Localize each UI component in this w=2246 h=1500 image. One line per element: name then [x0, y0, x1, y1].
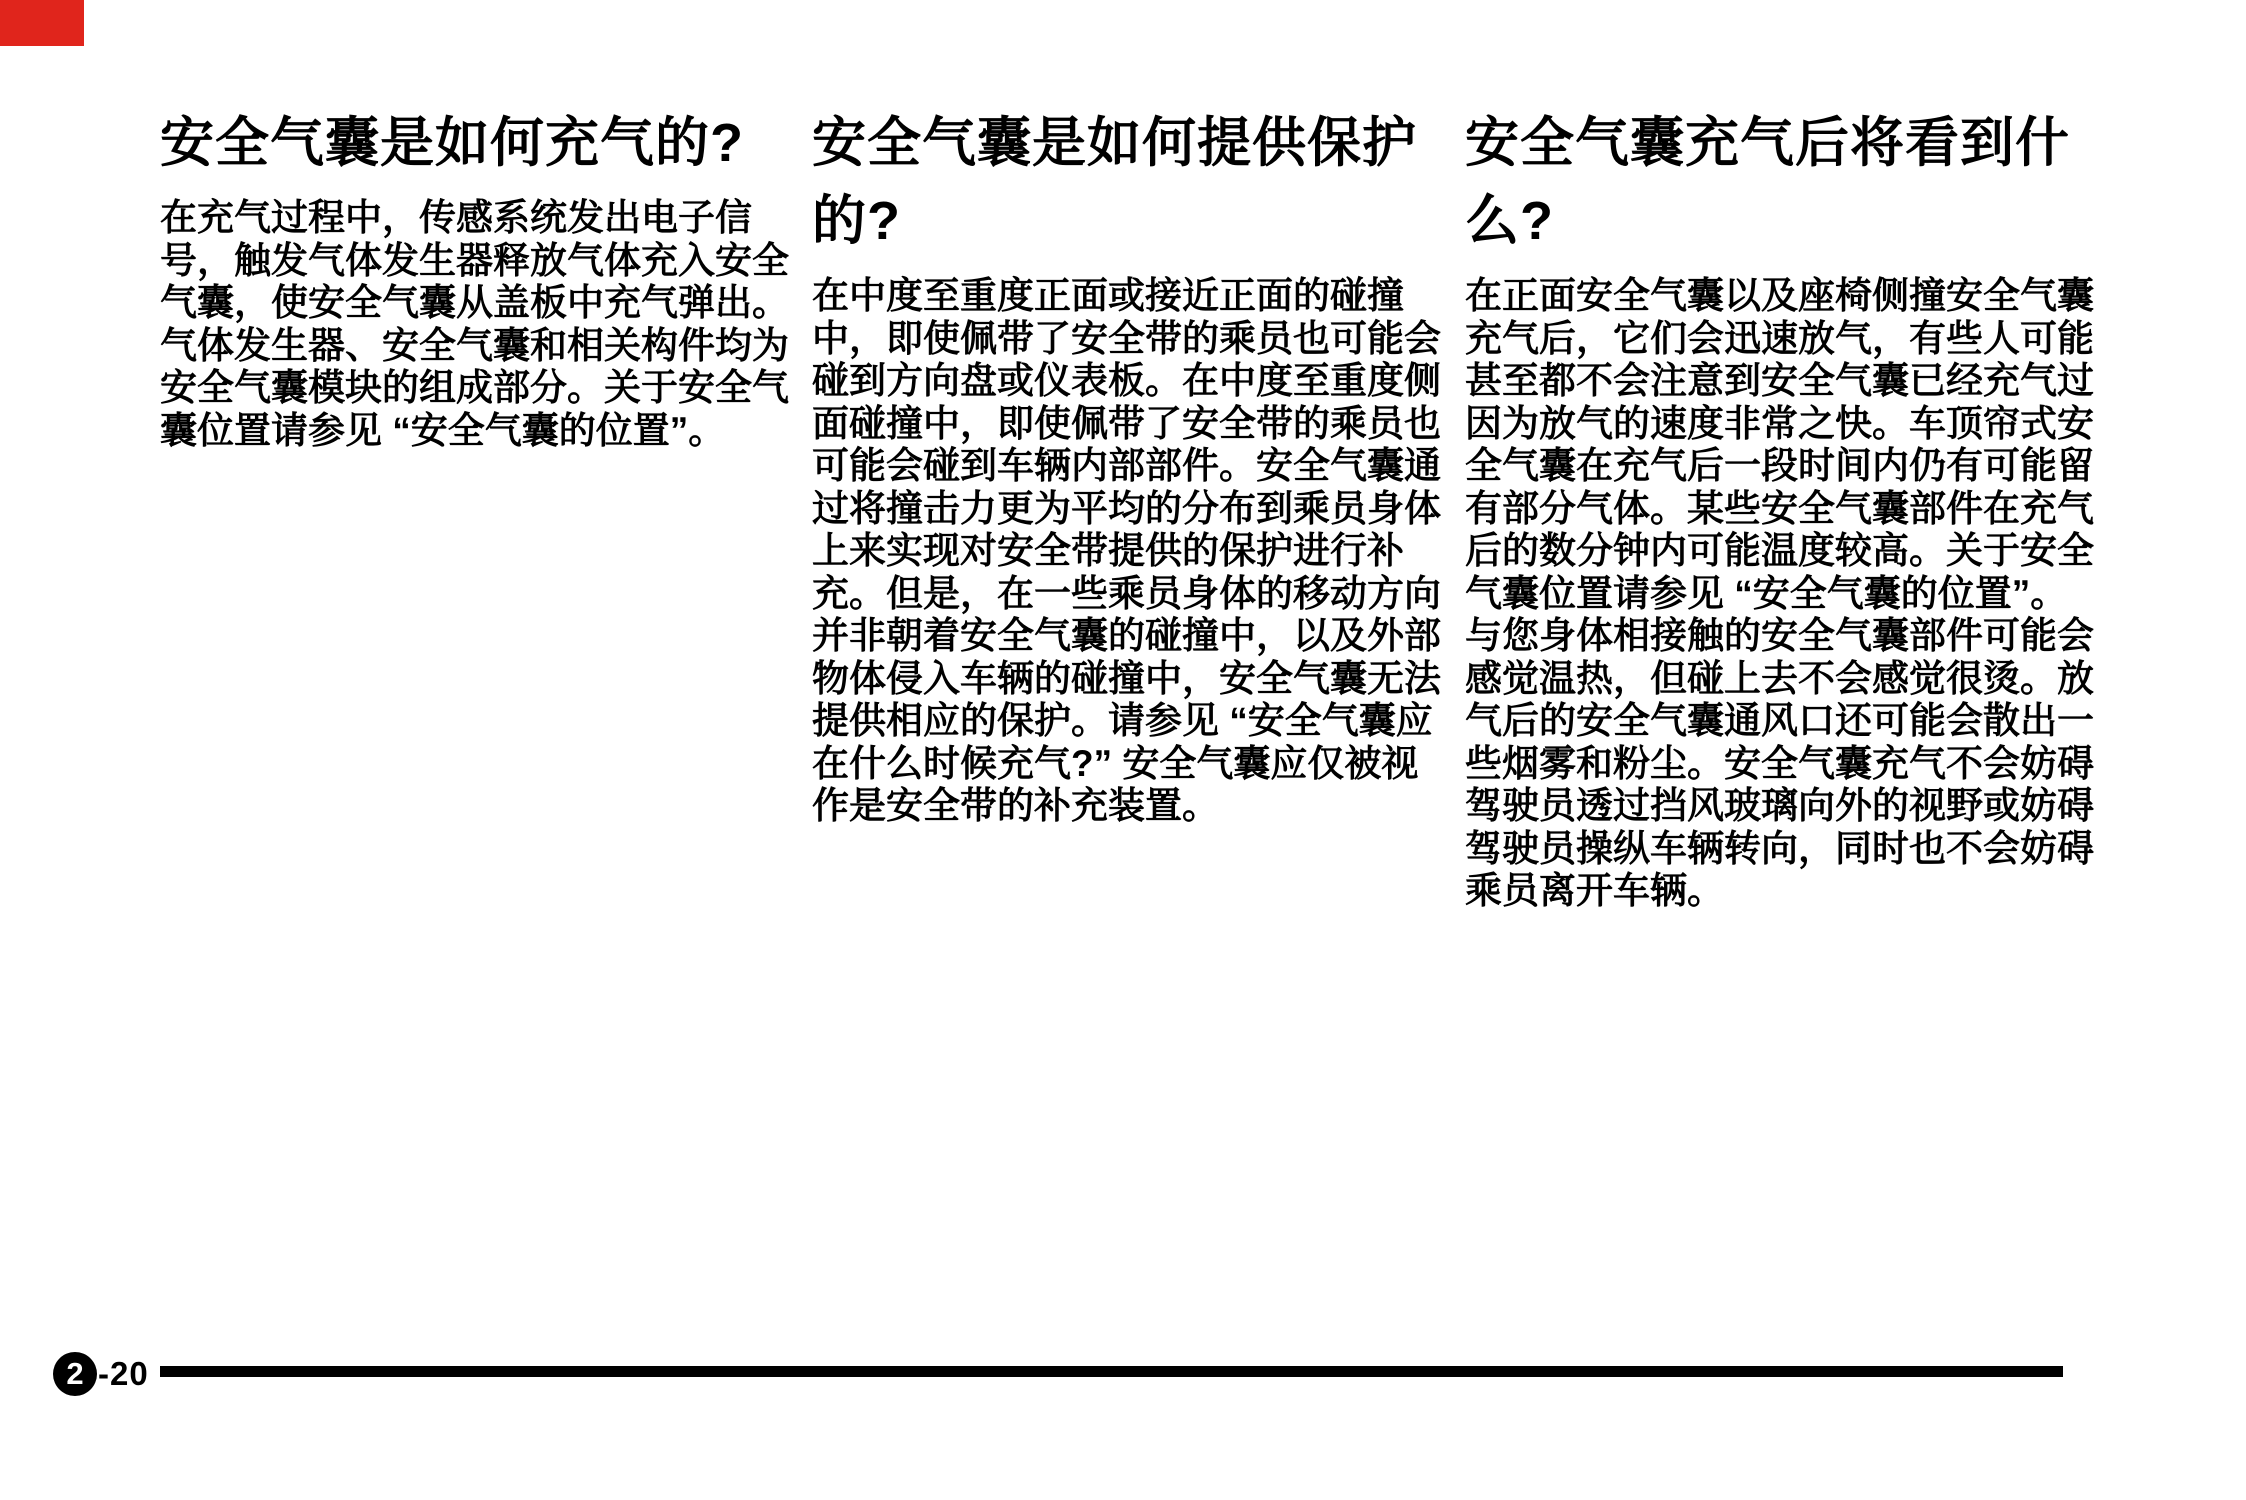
registration-mark: [0, 0, 84, 46]
page-number: -20: [98, 1356, 149, 1392]
column-heading: 安全气囊是如何提供保护 的?: [812, 104, 1460, 260]
column-body: 在正面安全气囊以及座椅侧撞安全气囊 充气后，它们会迅速放气，有些人可能 甚至都不…: [1465, 275, 2125, 913]
column-how-airbag-inflates: 安全气囊是如何充气的? 在充气过程中，传感系统发出电子信 号，触发气体发生器释放…: [160, 104, 808, 452]
column-body: 在充气过程中，传感系统发出电子信 号，触发气体发生器释放气体充入安全 气囊，使安…: [160, 197, 808, 452]
column-body: 在中度至重度正面或接近正面的碰撞 中，即使佩带了安全带的乘员也可能会 碰到方向盘…: [812, 275, 1460, 828]
column-after-inflation: 安全气囊充气后将看到什 么? 在正面安全气囊以及座椅侧撞安全气囊 充气后，它们会…: [1465, 104, 2125, 913]
column-heading: 安全气囊是如何充气的?: [160, 104, 808, 182]
section-number-badge: 2: [53, 1352, 97, 1396]
column-heading: 安全气囊充气后将看到什 么?: [1465, 104, 2125, 260]
column-how-airbag-protects: 安全气囊是如何提供保护 的? 在中度至重度正面或接近正面的碰撞 中，即使佩带了安…: [812, 104, 1460, 828]
manual-page: 安全气囊是如何充气的? 在充气过程中，传感系统发出电子信 号，触发气体发生器释放…: [0, 0, 2246, 1500]
footer-divider-rule: [160, 1366, 2063, 1377]
